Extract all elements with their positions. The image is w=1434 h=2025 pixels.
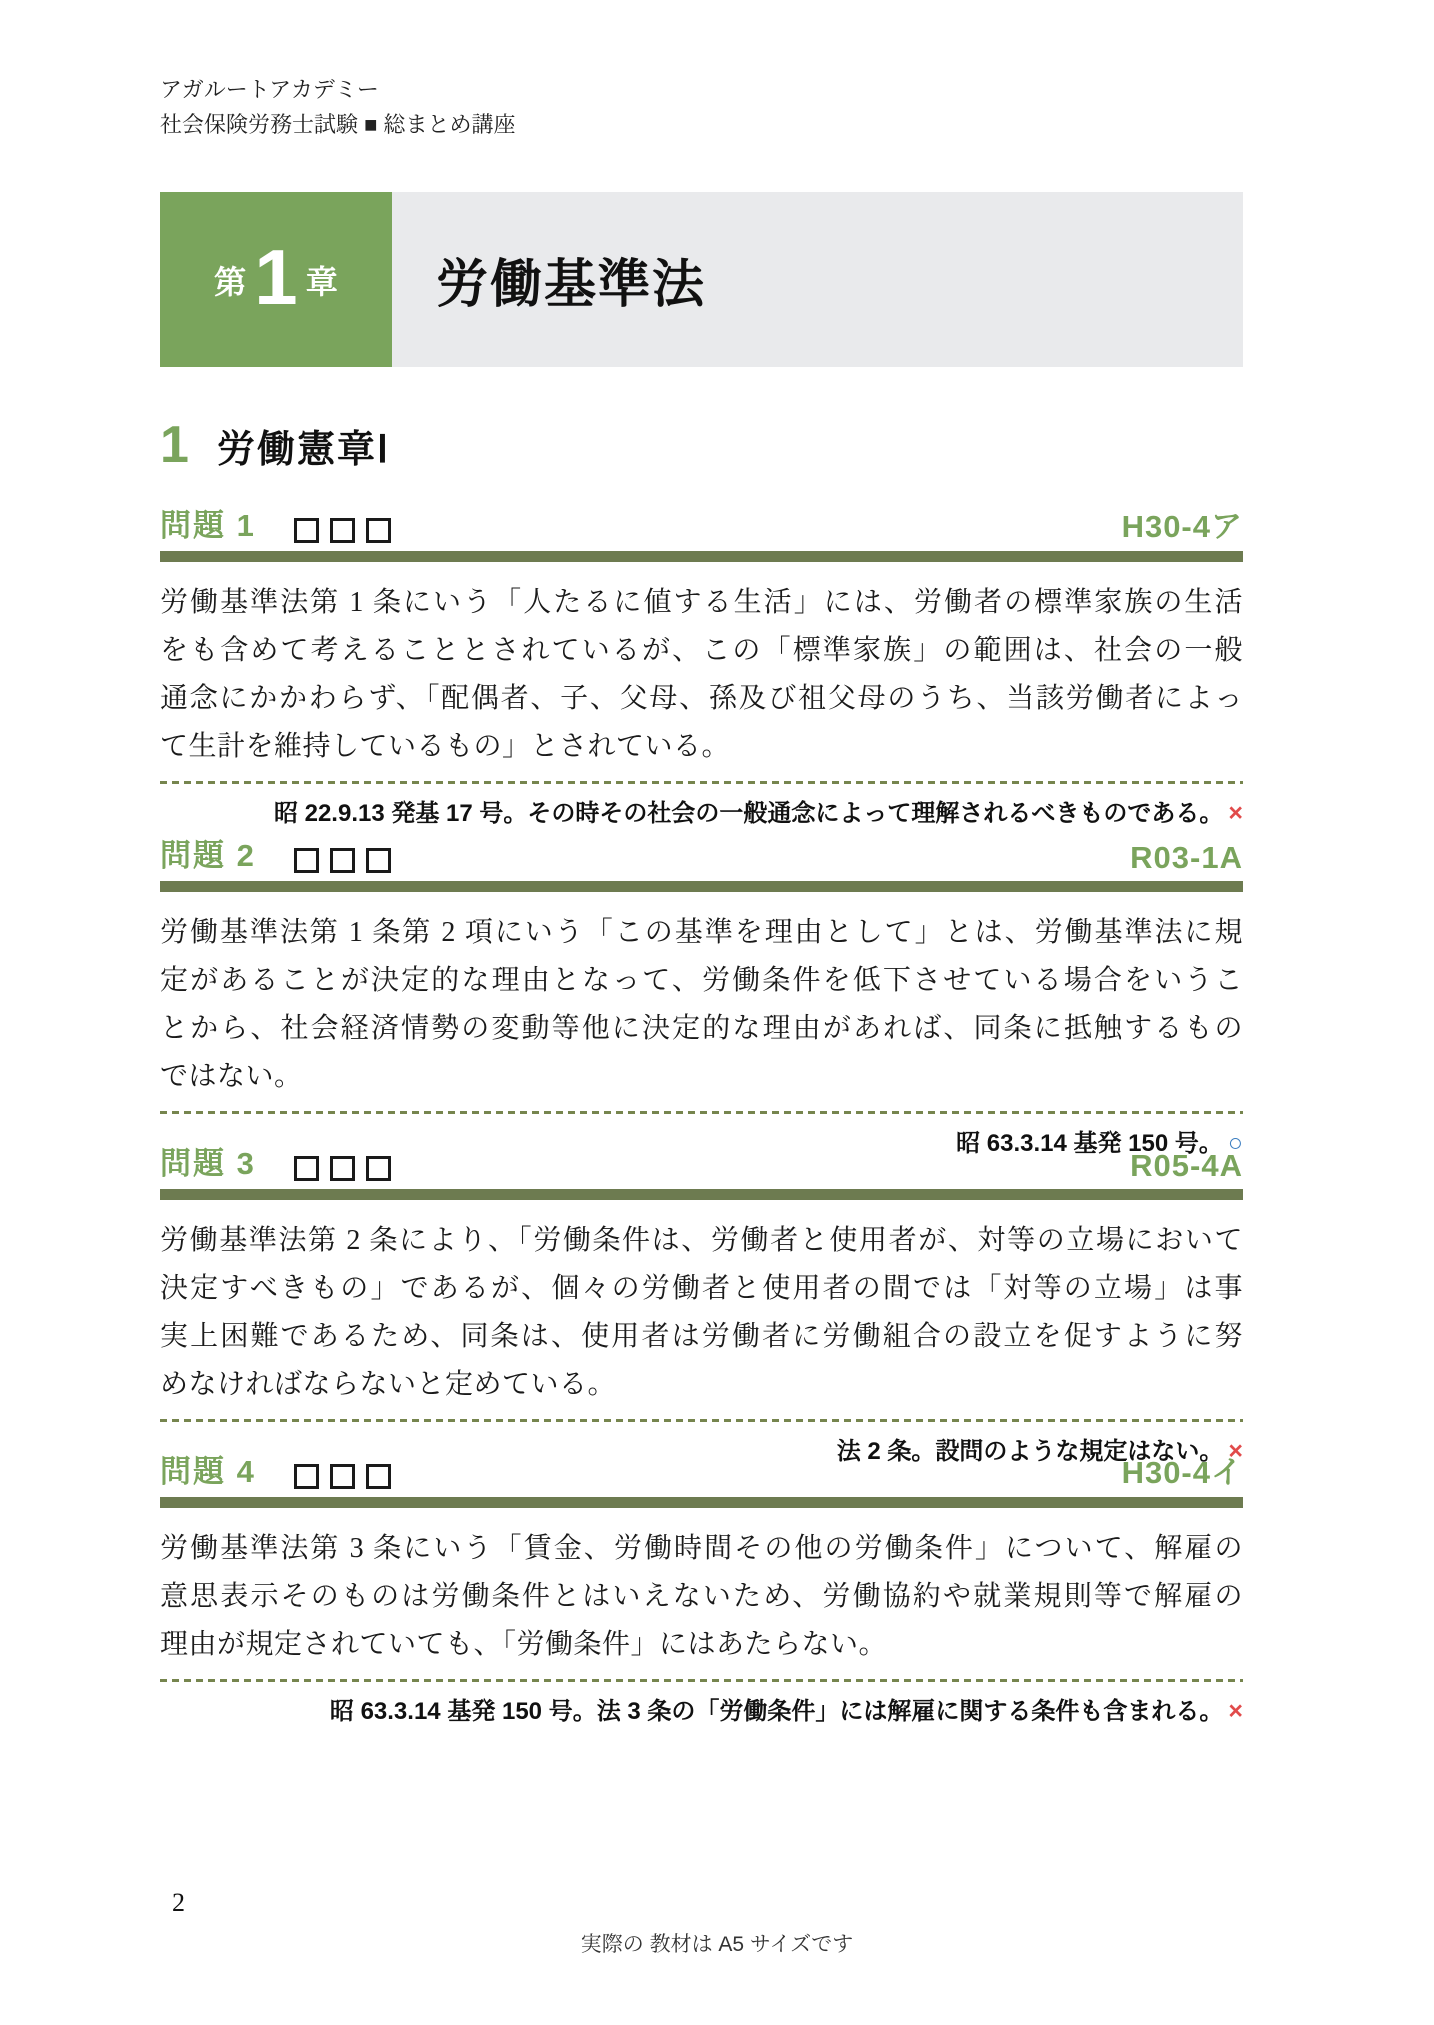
- exam-code: H30-4イ: [1122, 1447, 1243, 1492]
- problem-heading-bar: [160, 1497, 1243, 1508]
- answer-checkbox[interactable]: [366, 1464, 391, 1489]
- problem-heading-bar: [160, 551, 1243, 562]
- page-number: 2: [172, 1888, 185, 1918]
- answer-checkbox[interactable]: [294, 518, 319, 543]
- attempt-checkboxes: [294, 848, 402, 876]
- answer-text: 昭 63.3.14 基発 150 号。法 3 条の「労働条件」には解雇に関する条…: [330, 1698, 1223, 1725]
- problem-text-line: めなければならないと定めている。: [160, 1361, 1243, 1409]
- attempt-checkboxes: [294, 1156, 402, 1184]
- footer-note: 実際の 教材は A5 サイズです: [0, 1928, 1434, 1958]
- problem-heading-left: 問題 4: [160, 1446, 402, 1492]
- exam-code: H30-4ア: [1122, 501, 1243, 546]
- answer-checkbox[interactable]: [294, 1156, 319, 1181]
- answer-separator: [160, 781, 1243, 784]
- problem-text-line: 意思表示そのものは労働条件とはいえないため、労働協約や就業規則等で解雇の: [160, 1573, 1243, 1621]
- problem-block: 問題 2R03-1A労働基準法第 1 条第 2 項にいう「この基準を理由として」…: [160, 830, 1243, 1158]
- problem-heading: 問題 2R03-1A: [160, 830, 1243, 876]
- problem-text: 労働基準法第 2 条により、「労働条件は、労働者と使用者が、対等の立場において決…: [160, 1217, 1243, 1409]
- problem-block: 問題 1H30-4ア労働基準法第 1 条にいう「人たるに値する生活」には、労働者…: [160, 500, 1243, 828]
- answer-checkbox[interactable]: [294, 848, 319, 873]
- problem-text-line: て生計を維持しているもの」とされている。: [160, 723, 1243, 771]
- problem-label: 問題 3: [160, 1146, 256, 1181]
- document-page: アガルートアカデミー 社会保険労務士試験 ■ 総まとめ講座 第 1 章 労働基準…: [0, 0, 1434, 2025]
- answer-line: 昭 63.3.14 基発 150 号。法 3 条の「労働条件」には解雇に関する条…: [160, 1691, 1243, 1726]
- problem-label: 問題 1: [160, 508, 256, 543]
- problem-heading-left: 問題 3: [160, 1138, 402, 1184]
- problem-text-line: 定があることが決定的な理由となって、労働条件を低下させている場合をいうこ: [160, 957, 1243, 1005]
- answer-checkbox[interactable]: [330, 1156, 355, 1181]
- attempt-checkboxes: [294, 1464, 402, 1492]
- problem-heading-left: 問題 1: [160, 500, 402, 546]
- exam-code: R03-1A: [1130, 840, 1243, 876]
- problem-text-line: とから、社会経済情勢の変動等他に決定的な理由があれば、同条に抵触するもの: [160, 1005, 1243, 1053]
- problem-text-line: 実上困難であるため、同条は、使用者は労働者に労働組合の設立を促すように努: [160, 1313, 1243, 1361]
- problem-text-line: 決定すべきもの」であるが、個々の労働者と使用者の間では「対等の立場」は事: [160, 1265, 1243, 1313]
- problem-text-line: 労働基準法第 1 条にいう「人たるに値する生活」には、労働者の標準家族の生活: [160, 579, 1243, 627]
- answer-line: 昭 22.9.13 発基 17 号。その時その社会の一般通念によって理解されるべ…: [160, 793, 1243, 828]
- problem-block: 問題 4H30-4イ労働基準法第 3 条にいう「賃金、労働時間その他の労働条件」…: [160, 1446, 1243, 1726]
- problem-text-line: 労働基準法第 3 条にいう「賃金、労働時間その他の労働条件」について、解雇の: [160, 1525, 1243, 1573]
- answer-text: 昭 22.9.13 発基 17 号。その時その社会の一般通念によって理解されるべ…: [274, 800, 1223, 827]
- answer-checkbox[interactable]: [366, 518, 391, 543]
- problem-text: 労働基準法第 3 条にいう「賃金、労働時間その他の労働条件」について、解雇の意思…: [160, 1525, 1243, 1669]
- answer-checkbox[interactable]: [294, 1464, 319, 1489]
- problem-text-line: 労働基準法第 1 条第 2 項にいう「この基準を理由として」とは、労働基準法に規: [160, 909, 1243, 957]
- problem-text: 労働基準法第 1 条にいう「人たるに値する生活」には、労働者の標準家族の生活をも…: [160, 579, 1243, 771]
- problem-heading: 問題 3R05-4A: [160, 1138, 1243, 1184]
- answer-separator: [160, 1679, 1243, 1682]
- problem-heading-bar: [160, 1189, 1243, 1200]
- problem-text-line: 通念にかかわらず、「配偶者、子、父母、孫及び祖父母のうち、当該労働者によっ: [160, 675, 1243, 723]
- attempt-checkboxes: [294, 518, 402, 546]
- problem-block: 問題 3R05-4A労働基準法第 2 条により、「労働条件は、労働者と使用者が、…: [160, 1138, 1243, 1466]
- answer-checkbox[interactable]: [330, 518, 355, 543]
- problem-text-line: ではない。: [160, 1053, 1243, 1101]
- problem-label: 問題 4: [160, 1454, 256, 1489]
- answer-checkbox[interactable]: [366, 1156, 391, 1181]
- problem-heading: 問題 1H30-4ア: [160, 500, 1243, 546]
- problem-text: 労働基準法第 1 条第 2 項にいう「この基準を理由として」とは、労働基準法に規…: [160, 909, 1243, 1101]
- incorrect-mark: ×: [1228, 799, 1243, 827]
- exam-code: R05-4A: [1130, 1148, 1243, 1184]
- problem-text-line: をも含めて考えることとされているが、この「標準家族」の範囲は、社会の一般: [160, 627, 1243, 675]
- answer-checkbox[interactable]: [330, 848, 355, 873]
- problem-heading-left: 問題 2: [160, 830, 402, 876]
- problem-text-line: 理由が規定されていても、「労働条件」にはあたらない。: [160, 1621, 1243, 1669]
- problems-container: 問題 1H30-4ア労働基準法第 1 条にいう「人たるに値する生活」には、労働者…: [0, 0, 1434, 2025]
- problem-heading: 問題 4H30-4イ: [160, 1446, 1243, 1492]
- answer-checkbox[interactable]: [366, 848, 391, 873]
- answer-separator: [160, 1111, 1243, 1114]
- answer-separator: [160, 1419, 1243, 1422]
- problem-text-line: 労働基準法第 2 条により、「労働条件は、労働者と使用者が、対等の立場において: [160, 1217, 1243, 1265]
- incorrect-mark: ×: [1228, 1697, 1243, 1725]
- problem-heading-bar: [160, 881, 1243, 892]
- answer-checkbox[interactable]: [330, 1464, 355, 1489]
- problem-label: 問題 2: [160, 838, 256, 873]
